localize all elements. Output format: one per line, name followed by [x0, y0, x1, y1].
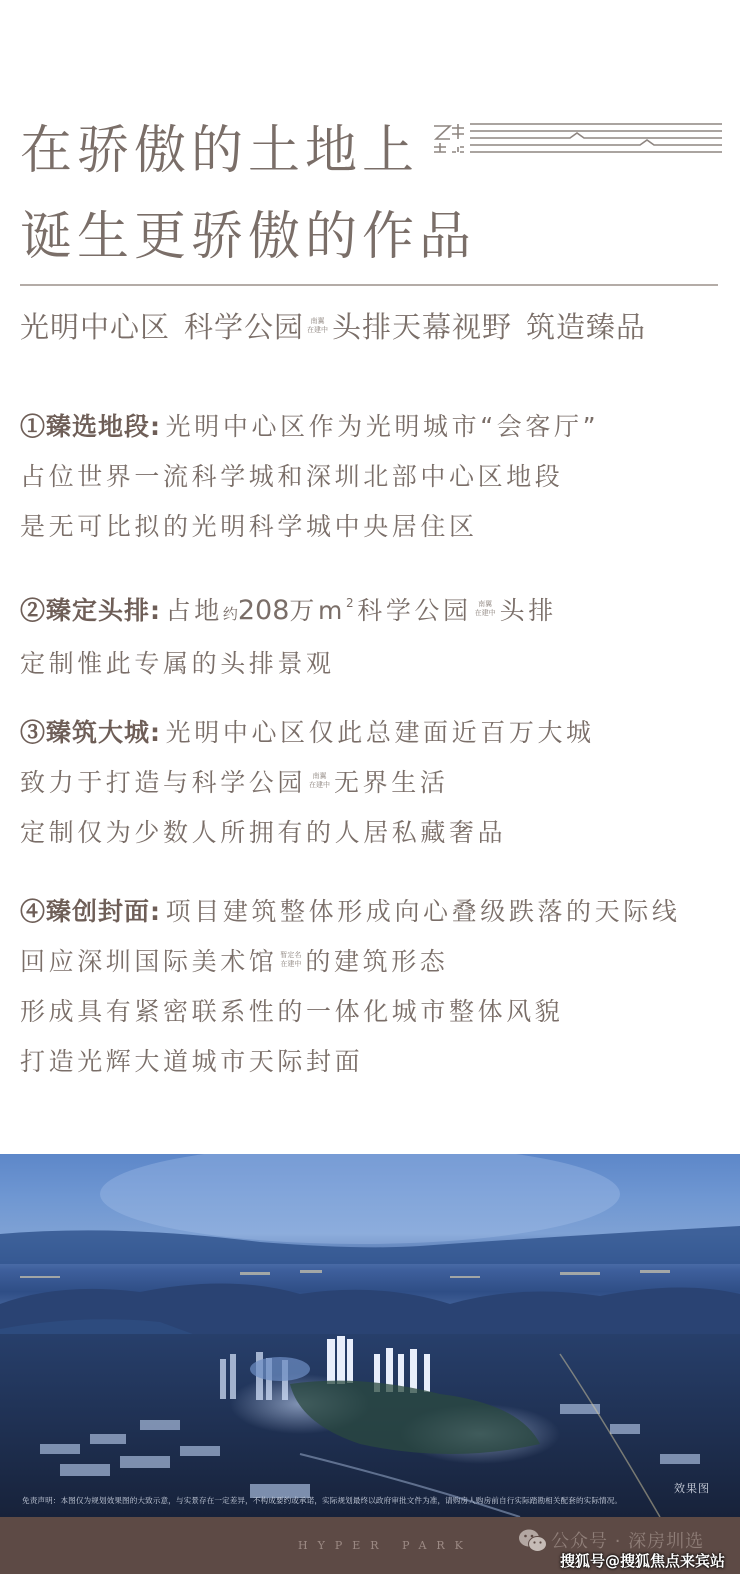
- footnote-annotation: 南翼在建中: [475, 600, 496, 618]
- tagline: 光明中心区科学公园南翼在建中头排天幕视野筑造臻品: [20, 306, 646, 348]
- cityscape-illustration: [0, 1154, 740, 1517]
- section-row: 定制仅为少数人所拥有的人居私藏奢品: [20, 808, 595, 858]
- section-row: ②臻定头排:占地约208万m2科学公园南翼在建中头排: [20, 578, 557, 639]
- article-page: 在骄傲的土地上 诞生更骄傲的作品 光明中心区科学公园南翼在建中头排天幕视野筑造臻…: [0, 0, 740, 1574]
- section-row: 定制惟此专属的头排景观: [20, 639, 557, 689]
- footnote-annotation: 南翼在建中: [309, 772, 330, 790]
- section-front-row: ②臻定头排:占地约208万m2科学公园南翼在建中头排 定制惟此专属的头排景观: [20, 578, 557, 689]
- section-heading: 臻创封面: [46, 897, 150, 926]
- section-location: ①臻选地段:光明中心区作为光明城市“会客厅” 占位世界一流科学城和深圳北部中心区…: [20, 402, 599, 552]
- tagline-part-3: 头排天幕视野: [332, 310, 512, 344]
- rendering-caption: 效果图: [674, 1480, 710, 1496]
- divider: [20, 284, 718, 286]
- footnote-annotation: 南翼在建中: [307, 317, 328, 335]
- brand-wordmark: HYPER PARK: [298, 1539, 473, 1552]
- section-marker: ②: [20, 596, 46, 625]
- headline: 在骄傲的土地上 诞生更骄傲的作品: [20, 108, 476, 280]
- section-row: 回应深圳国际美术馆暂定名在建中的建筑形态: [20, 937, 680, 987]
- section-skyline: ④臻创封面:项目建筑整体形成向心叠级跌落的天际线 回应深圳国际美术馆暂定名在建中…: [20, 887, 680, 1087]
- section-row: 占位世界一流科学城和深圳北部中心区地段: [20, 452, 599, 502]
- section-marker: ③: [20, 718, 46, 747]
- section-heading: 臻定头排: [46, 596, 150, 625]
- wechat-icon: [518, 1528, 548, 1554]
- footnote-annotation: 暂定名在建中: [280, 951, 301, 969]
- section-row: 是无可比拟的光明科学城中央居住区: [20, 502, 599, 552]
- headline-line-1: 在骄傲的土地上: [20, 108, 476, 194]
- disclaimer-text: 免责声明：本图仅为规划效果图的大致示意，与实景存在一定差异，不构成要约或承诺，实…: [22, 1495, 722, 1507]
- section-heading: 臻选地段: [46, 412, 150, 441]
- tagline-part-4: 筑造臻品: [526, 310, 646, 344]
- tagline-part-1: 光明中心区: [20, 310, 170, 344]
- section-row: 形成具有紧密联系性的一体化城市整体风貌: [20, 987, 680, 1037]
- section-row: ①臻选地段:光明中心区作为光明城市“会客厅”: [20, 402, 599, 452]
- section-marker: ①: [20, 412, 46, 441]
- headline-line-2: 诞生更骄傲的作品: [20, 194, 476, 280]
- section-grand-city: ③臻筑大城:光明中心区仅此总建面近百万大城 致力于打造与科学公园南翼在建中无界生…: [20, 708, 595, 858]
- logo-mark-icon: [432, 122, 722, 160]
- section-heading: 臻筑大城: [46, 718, 150, 747]
- section-row: ③臻筑大城:光明中心区仅此总建面近百万大城: [20, 708, 595, 758]
- aerial-rendering-image: [0, 1154, 740, 1517]
- section-marker: ④: [20, 897, 46, 926]
- section-row: ④臻创封面:项目建筑整体形成向心叠级跌落的天际线: [20, 887, 680, 937]
- section-row: 致力于打造与科学公园南翼在建中无界生活: [20, 758, 595, 808]
- tagline-part-2: 科学公园: [184, 310, 304, 344]
- source-watermark: 搜狐号@搜狐焦点来宾站: [560, 1550, 725, 1571]
- section-row: 打造光辉大道城市天际封面: [20, 1037, 680, 1087]
